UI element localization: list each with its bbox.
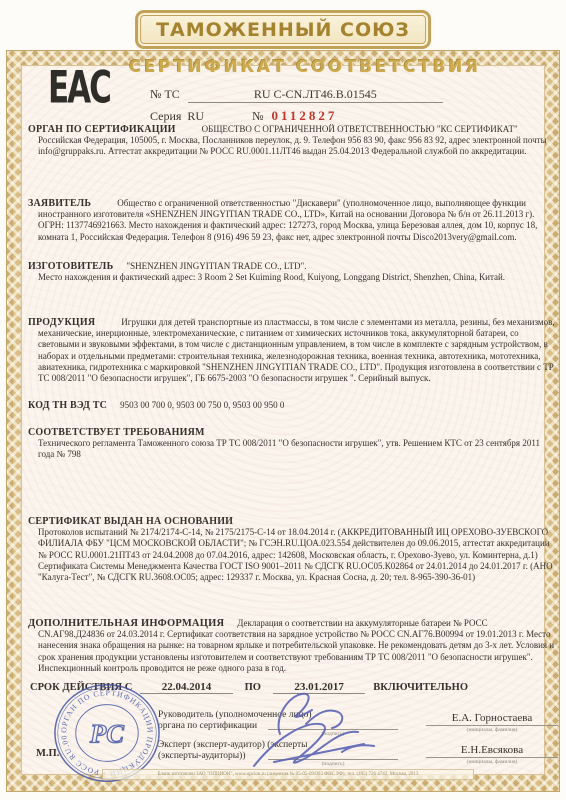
section-manufacturer: ИЗГОТОВИТЕЛЬ"SHENZHEN JINGYITIAN TRADE C… [28,261,556,283]
applicant-details: Общество с ограниченной ответственностью… [38,198,537,242]
section-label: КОД ТН ВЭД ТС [28,400,107,411]
tnved-code-values: 9503 00 700 0, 9503 00 750 0, 9503 00 95… [120,400,284,410]
basis-qms-certificate: Сертификата Системы Менеджмента Качества… [38,561,556,583]
ink-signature-expert [246,718,396,774]
signer-name-head: Е.А. Горностаева [426,712,558,726]
section-label: СООТВЕТСТВУЕТ ТРЕБОВАНИЯМ [28,427,205,438]
section-basis: СЕРТИФИКАТ ВЫДАН НА ОСНОВАНИИ Протоколов… [28,516,556,583]
name-caption: (инициалы, фамилия) [426,759,558,765]
validity-inclusive-label: ВКЛЮЧИТЕЛЬНО [373,682,468,693]
certificate-number-value: RU C-CN.ЛТ46.B.01545 [188,87,443,103]
validity-po-label: ПО [245,682,261,693]
series-label: Серия [150,109,181,123]
section-additional-info: ДОПОЛНИТЕЛЬНАЯ ИНФОРМАЦИЯДекларация о со… [28,618,556,674]
certification-body-name: ОБЩЕСТВО С ОГРАНИЧЕННОЙ ОТВЕТСТВЕННОСТЬЮ… [202,124,518,134]
section-applicant: ЗАЯВИТЕЛЬОбщество с ограниченной ответст… [28,198,556,243]
blank-manufacturer-fine-print: Бланк изготовлен ЗАО "ОПЦИОН", www.opcio… [102,769,474,780]
section-tnved-code: КОД ТН ВЭД ТС9503 00 700 0, 9503 00 750 … [28,400,556,411]
series-row: СерияRU№0112827 [150,108,480,124]
basis-protocols: Протоколов испытаний № 2174/2174-С-14, №… [38,527,550,559]
section-label: ИЗГОТОВИТЕЛЬ [28,261,113,272]
signer-name-expert-block: Е.Н.Евсякова (инициалы, фамилия) [426,744,558,765]
manufacturer-details: Место нахождения и фактический адрес: 3 … [38,272,505,282]
section-certification-body: ОРГАН ПО СЕРТИФИКАЦИИОБЩЕСТВО С ОГРАНИЧЕ… [28,124,556,158]
certificate-page: ТАМОЖЕННЫЙ СОЮЗ ЕАС СЕРТИФИКАТ СООТВЕТСТ… [0,0,566,800]
name-caption: (инициалы, фамилия) [426,727,558,733]
stamp-center-monogram: РС [89,718,124,748]
certificate-title: СЕРТИФИКАТ СООТВЕТСТВИЯ [80,57,530,76]
signer-name-expert: Е.Н.Евсякова [426,744,558,758]
series-region: RU [187,109,204,123]
section-requirements: СООТВЕТСТВУЕТ ТРЕБОВАНИЯМ Технического р… [28,427,556,461]
production-details: Игрушки для детей транспортные из пластм… [38,317,555,383]
section-label: СЕРТИФИКАТ ВЫДАН НА ОСНОВАНИИ [28,516,233,527]
manufacturer-name: "SHENZHEN JINGYITIAN TRADE CO., LTD". [126,261,306,271]
certificate-number-label: № ТС [150,87,180,101]
certification-body-details: Российская Федерация, 105005, г. Москва,… [38,135,547,156]
section-production: ПРОДУКЦИЯИгрушки для детей транспортные … [28,317,556,384]
certificate-number-row: № ТСRU C-CN.ЛТ46.B.01545 [150,87,480,103]
section-label: ОРГАН ПО СЕРТИФИКАЦИИ [28,124,176,135]
requirements-details: Технического регламента Таможенного союз… [38,438,540,459]
section-label: ДОПОЛНИТЕЛЬНАЯ ИНФОРМАЦИЯ [28,618,224,629]
signer-name-head-block: Е.А. Горностаева (инициалы, фамилия) [426,712,558,733]
series-number: 0112827 [272,108,338,123]
section-label: ПРОДУКЦИЯ [28,317,95,328]
section-label: ЗАЯВИТЕЛЬ [28,198,91,209]
series-no-sign: № [252,109,263,123]
customs-union-banner: ТАМОЖЕННЫЙ СОЮЗ [135,10,431,49]
